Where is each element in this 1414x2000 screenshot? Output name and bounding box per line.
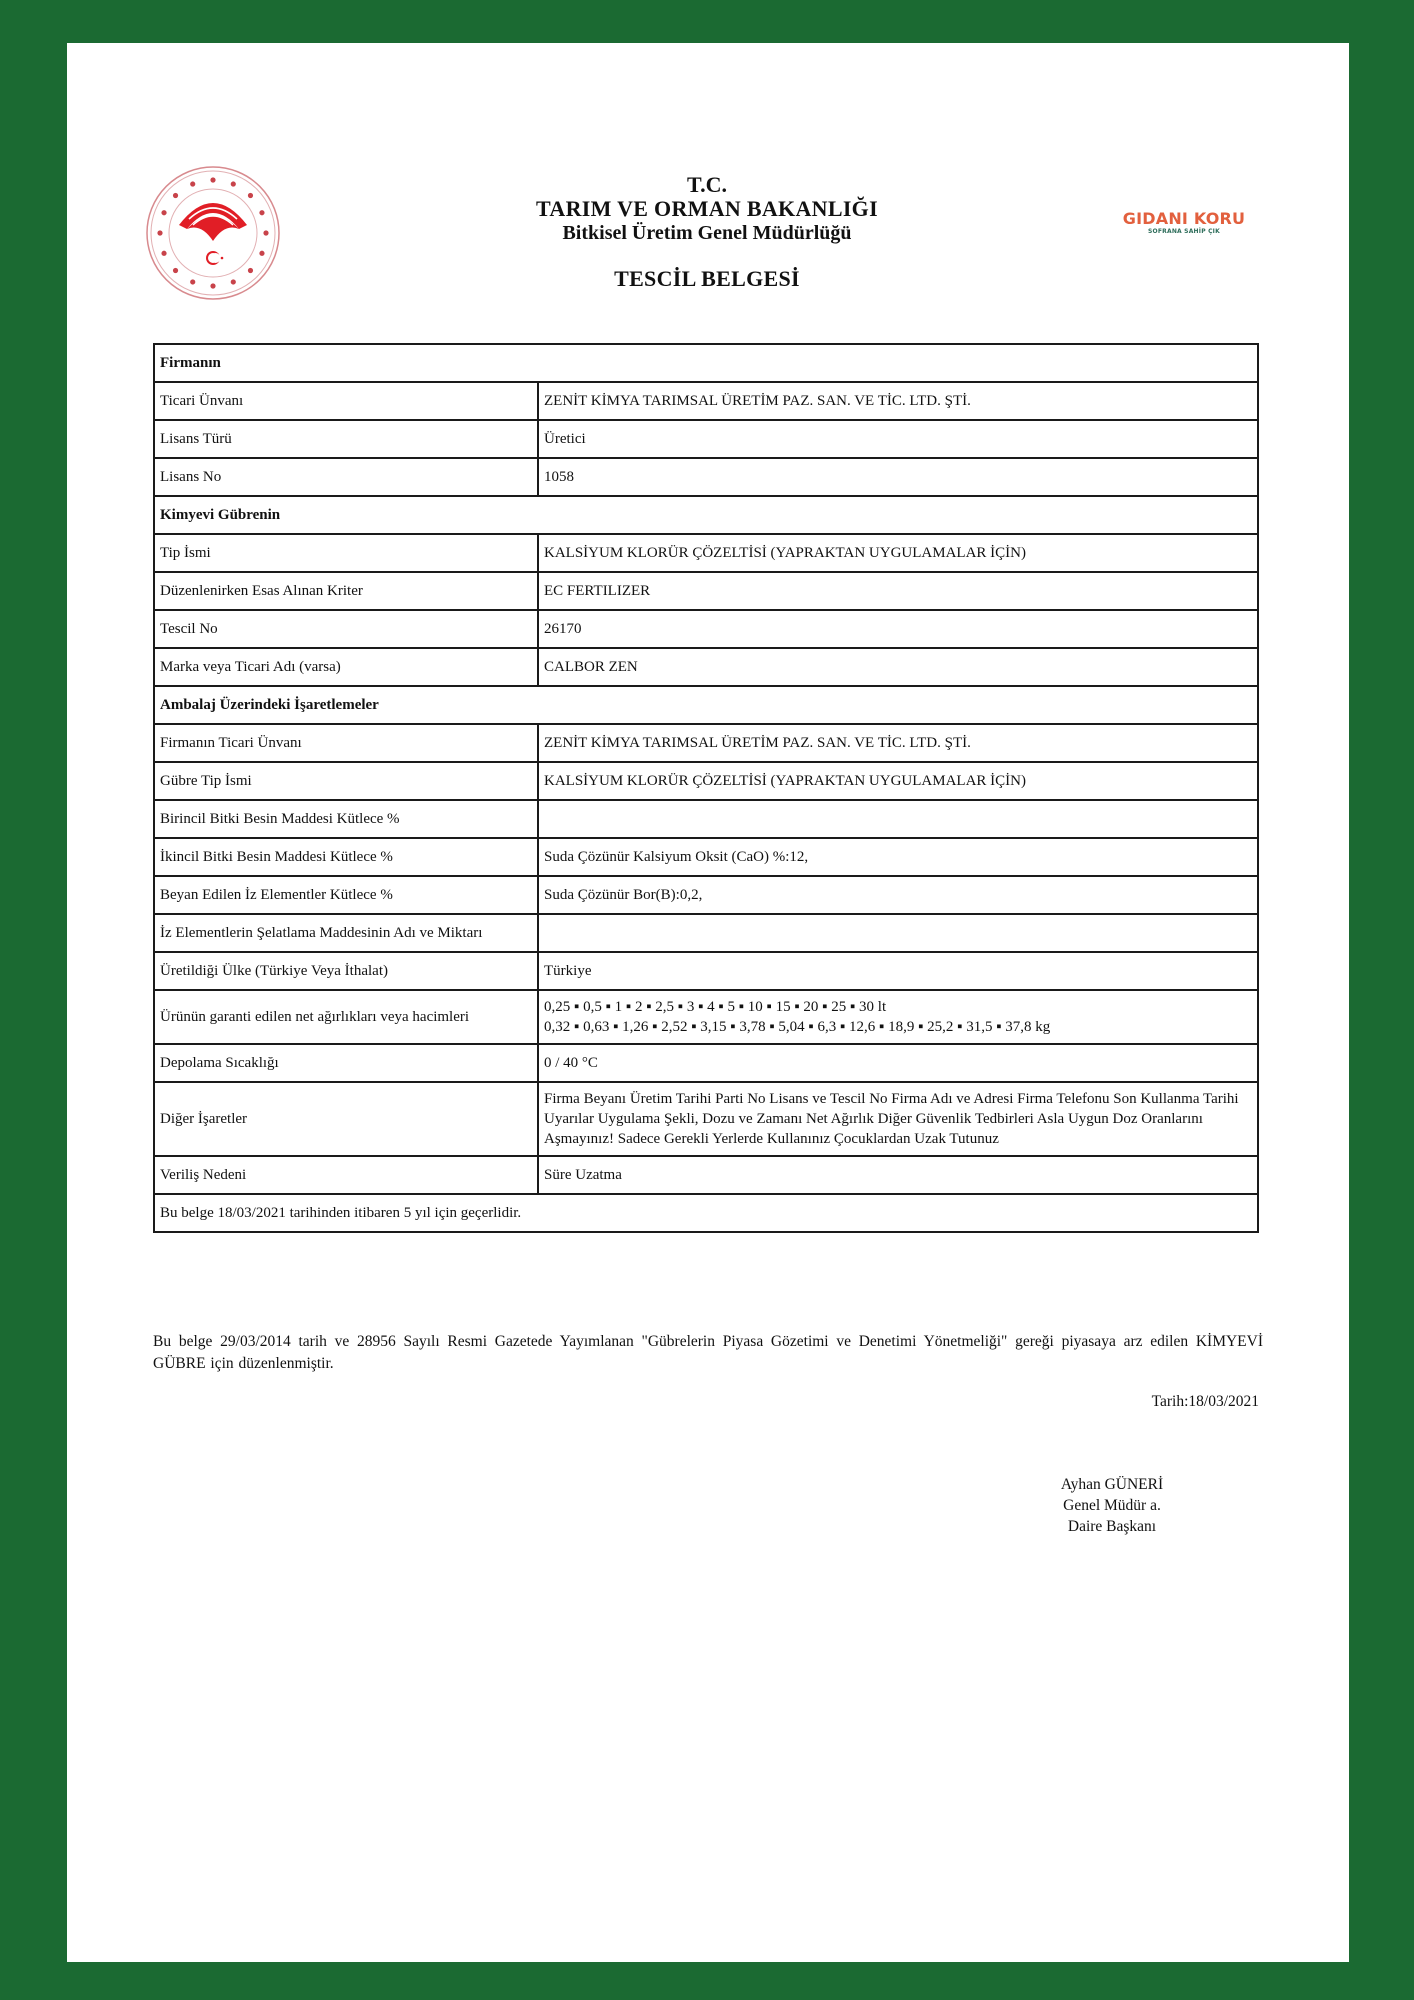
table-row: Lisans No1058: [154, 458, 1258, 496]
row-value-line: Türkiye: [544, 961, 1252, 981]
table-row: Üretildiği Ülke (Türkiye Veya İthalat)Tü…: [154, 952, 1258, 990]
row-value: Üretici: [538, 420, 1258, 458]
row-value: Firma Beyanı Üretim Tarihi Parti No Lisa…: [538, 1082, 1258, 1156]
table-row: Düzenlenirken Esas Alınan KriterEC FERTI…: [154, 572, 1258, 610]
issue-date: Tarih:18/03/2021: [967, 1393, 1259, 1411]
table-row: Veriliş NedeniSüre Uzatma: [154, 1156, 1258, 1194]
row-value: EC FERTILIZER: [538, 572, 1258, 610]
table-row: Marka veya Ticari Adı (varsa)CALBOR ZEN: [154, 648, 1258, 686]
header-tc: T.C.: [407, 173, 1007, 197]
table-row: İkincil Bitki Besin Maddesi Kütlece %Sud…: [154, 838, 1258, 876]
row-label: Ürünün garanti edilen net ağırlıkları ve…: [154, 990, 538, 1044]
table-row: Diğer İşaretlerFirma Beyanı Üretim Tarih…: [154, 1082, 1258, 1156]
table-row: Firmanın Ticari ÜnvanıZENİT KİMYA TARIMS…: [154, 724, 1258, 762]
row-value-line: Suda Çözünür Kalsiyum Oksit (CaO) %:12,: [544, 847, 1252, 867]
row-label: Birincil Bitki Besin Maddesi Kütlece %: [154, 800, 538, 838]
row-label: İz Elementlerin Şelatlama Maddesinin Adı…: [154, 914, 538, 952]
row-value-line: KALSİYUM KLORÜR ÇÖZELTİSİ (YAPRAKTAN UYG…: [544, 543, 1252, 563]
validity-row: Bu belge 18/03/2021 tarihinden itibaren …: [154, 1194, 1258, 1232]
signatory-title: Genel Müdür a.: [1027, 1495, 1197, 1516]
section-title: Kimyevi Gübrenin: [154, 496, 1258, 534]
section-header-row: Firmanın: [154, 344, 1258, 382]
row-value-line: 0,25 ▪ 0,5 ▪ 1 ▪ 2 ▪ 2,5 ▪ 3 ▪ 4 ▪ 5 ▪ 1…: [544, 997, 1252, 1017]
row-value: KALSİYUM KLORÜR ÇÖZELTİSİ (YAPRAKTAN UYG…: [538, 534, 1258, 572]
row-label: Depolama Sıcaklığı: [154, 1044, 538, 1082]
row-label: Lisans No: [154, 458, 538, 496]
row-value: 26170: [538, 610, 1258, 648]
section-title: Ambalaj Üzerindeki İşaretlemeler: [154, 686, 1258, 724]
row-value: 0 / 40 °C: [538, 1044, 1258, 1082]
row-label: İkincil Bitki Besin Maddesi Kütlece %: [154, 838, 538, 876]
row-label: Düzenlenirken Esas Alınan Kriter: [154, 572, 538, 610]
row-label: Üretildiği Ülke (Türkiye Veya İthalat): [154, 952, 538, 990]
table-row: Gübre Tip İsmiKALSİYUM KLORÜR ÇÖZELTİSİ …: [154, 762, 1258, 800]
regulation-note: Bu belge 29/03/2014 tarih ve 28956 Sayıl…: [153, 1331, 1263, 1375]
header-ministry: TARIM VE ORMAN BAKANLIĞI: [407, 197, 1007, 221]
certificate-page: T.C. TARIM VE ORMAN BAKANLIĞI Bitkisel Ü…: [67, 43, 1349, 1962]
row-value-line: 0 / 40 °C: [544, 1053, 1252, 1073]
row-value: ZENİT KİMYA TARIMSAL ÜRETİM PAZ. SAN. VE…: [538, 724, 1258, 762]
row-value-line: Suda Çözünür Bor(B):0,2,: [544, 885, 1252, 905]
row-value: Suda Çözünür Kalsiyum Oksit (CaO) %:12,: [538, 838, 1258, 876]
table-row: Beyan Edilen İz Elementler Kütlece %Suda…: [154, 876, 1258, 914]
logo-sub-text: SOFRANA SAHİP ÇIK: [1119, 228, 1249, 236]
registration-table: FirmanınTicari ÜnvanıZENİT KİMYA TARIMSA…: [153, 343, 1259, 1233]
table-row: Depolama Sıcaklığı0 / 40 °C: [154, 1044, 1258, 1082]
table-row: Lisans TürüÜretici: [154, 420, 1258, 458]
signature-block: Ayhan GÜNERİ Genel Müdür a. Daire Başkan…: [1027, 1474, 1197, 1537]
row-value: [538, 800, 1258, 838]
row-value: Süre Uzatma: [538, 1156, 1258, 1194]
table-row: Ürünün garanti edilen net ağırlıkları ve…: [154, 990, 1258, 1044]
header-directorate: Bitkisel Üretim Genel Müdürlüğü: [407, 221, 1007, 245]
row-value: KALSİYUM KLORÜR ÇÖZELTİSİ (YAPRAKTAN UYG…: [538, 762, 1258, 800]
table-row: Tip İsmiKALSİYUM KLORÜR ÇÖZELTİSİ (YAPRA…: [154, 534, 1258, 572]
signatory-department: Daire Başkanı: [1027, 1516, 1197, 1537]
section-title: Firmanın: [154, 344, 1258, 382]
section-header-row: Kimyevi Gübrenin: [154, 496, 1258, 534]
row-label: Lisans Türü: [154, 420, 538, 458]
table-row: İz Elementlerin Şelatlama Maddesinin Adı…: [154, 914, 1258, 952]
row-label: Tescil No: [154, 610, 538, 648]
row-value: Suda Çözünür Bor(B):0,2,: [538, 876, 1258, 914]
row-value-line: 26170: [544, 619, 1252, 639]
row-value: ZENİT KİMYA TARIMSAL ÜRETİM PAZ. SAN. VE…: [538, 382, 1258, 420]
row-value-line: Firma Beyanı Üretim Tarihi Parti No Lisa…: [544, 1089, 1252, 1149]
row-value-line: ZENİT KİMYA TARIMSAL ÜRETİM PAZ. SAN. VE…: [544, 733, 1252, 753]
signatory-name: Ayhan GÜNERİ: [1027, 1474, 1197, 1495]
row-value: Türkiye: [538, 952, 1258, 990]
row-label: Marka veya Ticari Adı (varsa): [154, 648, 538, 686]
table-row: Tescil No26170: [154, 610, 1258, 648]
row-label: Gübre Tip İsmi: [154, 762, 538, 800]
row-value: CALBOR ZEN: [538, 648, 1258, 686]
row-value-line: ZENİT KİMYA TARIMSAL ÜRETİM PAZ. SAN. VE…: [544, 391, 1252, 411]
logo-main-text: GIDANI KORU: [1119, 210, 1249, 228]
row-value-line: Üretici: [544, 429, 1252, 449]
row-value: 0,25 ▪ 0,5 ▪ 1 ▪ 2 ▪ 2,5 ▪ 3 ▪ 4 ▪ 5 ▪ 1…: [538, 990, 1258, 1044]
row-label: Beyan Edilen İz Elementler Kütlece %: [154, 876, 538, 914]
document-header: T.C. TARIM VE ORMAN BAKANLIĞI Bitkisel Ü…: [407, 173, 1007, 291]
section-header-row: Ambalaj Üzerindeki İşaretlemeler: [154, 686, 1258, 724]
validity-text: Bu belge 18/03/2021 tarihinden itibaren …: [154, 1194, 1258, 1232]
row-value-line: 1058: [544, 467, 1252, 487]
row-label: Diğer İşaretler: [154, 1082, 538, 1156]
table-row: Ticari ÜnvanıZENİT KİMYA TARIMSAL ÜRETİM…: [154, 382, 1258, 420]
row-label: Firmanın Ticari Ünvanı: [154, 724, 538, 762]
row-value: 1058: [538, 458, 1258, 496]
row-label: Veriliş Nedeni: [154, 1156, 538, 1194]
row-value-line: 0,32 ▪ 0,63 ▪ 1,26 ▪ 2,52 ▪ 3,15 ▪ 3,78 …: [544, 1017, 1252, 1037]
document-title: TESCİL BELGESİ: [407, 267, 1007, 291]
row-value-line: Süre Uzatma: [544, 1165, 1252, 1185]
ministry-seal-icon: [143, 163, 283, 303]
gidani-koru-logo: GIDANI KORU SOFRANA SAHİP ÇIK: [1119, 210, 1249, 236]
row-value: [538, 914, 1258, 952]
row-label: Tip İsmi: [154, 534, 538, 572]
row-value-line: KALSİYUM KLORÜR ÇÖZELTİSİ (YAPRAKTAN UYG…: [544, 771, 1252, 791]
table-row: Birincil Bitki Besin Maddesi Kütlece %: [154, 800, 1258, 838]
row-label: Ticari Ünvanı: [154, 382, 538, 420]
row-value-line: EC FERTILIZER: [544, 581, 1252, 601]
row-value-line: CALBOR ZEN: [544, 657, 1252, 677]
